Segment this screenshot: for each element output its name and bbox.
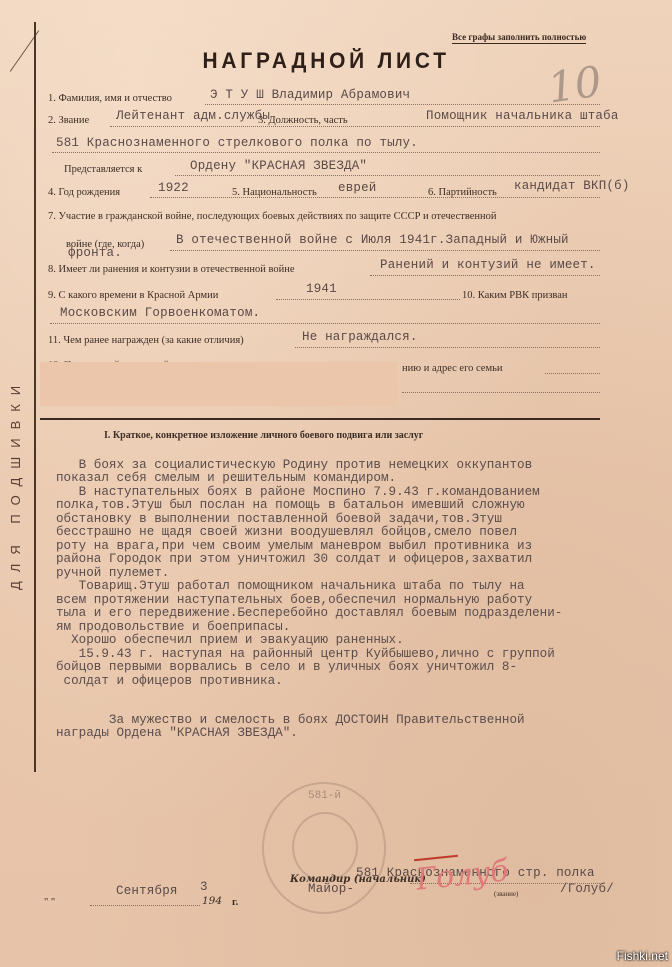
field-8-label: 8. Имеет ли ранения и контузии в отечест… [48, 264, 294, 275]
date-year-suffix: г. [232, 897, 238, 908]
binding-margin-line [34, 22, 36, 772]
narrative-line: роту на врага,при чем своим умелым манев… [56, 540, 562, 554]
redaction-block [40, 362, 397, 406]
field-7-value-continued: фронта. [68, 246, 122, 260]
narrative-line: солдат и офицеров противника. [56, 675, 562, 689]
stamp-emblem [292, 812, 358, 882]
nominated-label: Представляется к [64, 164, 142, 175]
field-2-label: 2. Звание [48, 115, 89, 126]
field-5-value: еврей [338, 181, 377, 195]
date-year: 194 [202, 895, 222, 907]
date-quote: " " [44, 897, 55, 908]
field-12-label-tail: нию и адрес его семьи [402, 363, 503, 374]
site-watermark: Fishki.net [617, 949, 668, 963]
narrative-line: ручной пулемет. [56, 567, 562, 581]
section-title: I. Краткое, конкретное изложение личного… [104, 430, 423, 441]
field-7-value: В отечественной войне с Июля 1941г.Запад… [176, 233, 569, 247]
conclusion-text: За мужество и смелость в боях ДОСТОИН Пр… [56, 700, 525, 754]
conclusion-line: За мужество и смелость в боях ДОСТОИН Пр… [56, 714, 525, 728]
date-day: 3 [200, 880, 208, 894]
date-month: Сентября [116, 884, 178, 898]
field-4-value: 1922 [158, 181, 189, 195]
narrative-line: бойцов первыми ворвались в село и в улич… [56, 661, 562, 675]
field-7-label: 7. Участие в гражданской войне, последую… [48, 211, 497, 222]
field-9-value: 1941 [306, 282, 337, 296]
narrative-text: В боях за социалистическую Родину против… [56, 445, 562, 702]
binding-margin-label: ДЛЯ ПОДШИВКИ [8, 377, 23, 590]
narrative-line: Товарищ.Этуш работал помощником начальни… [56, 580, 562, 594]
commander-rank: Майор- [308, 882, 354, 896]
field-4-label: 4. Год рождения [48, 187, 120, 198]
field-11-value: Не награждался. [302, 330, 418, 344]
section-divider [40, 418, 600, 420]
stamp-text: 581-й [308, 790, 341, 802]
field-6-value: кандидат ВКП(б) [514, 179, 630, 193]
narrative-line: В наступательных боях в районе Моспино 7… [56, 486, 562, 500]
narrative-line: полка,тов.Этуш был послан на помощь в ба… [56, 499, 562, 513]
commander-name: /Голуб/ [560, 882, 614, 896]
field-3-value: Помощник начальника штаба [426, 109, 619, 123]
field-1-value: Э Т У Ш Владимир Абрамович [210, 88, 410, 102]
field-1-label: 1. Фамилия, имя и отчество [48, 93, 172, 104]
narrative-line: тыла и его передвижение.Бесперебойно дос… [56, 607, 562, 621]
nominated-value: Ордену "КРАСНАЯ ЗВЕЗДА" [190, 159, 367, 173]
conclusion-line: награды Ордена "КРАСНАЯ ЗВЕЗДА". [56, 727, 525, 741]
rank-label: (звание) [494, 890, 518, 898]
narrative-line: Хорошо обеспечил прием и эвакуацию ранен… [56, 634, 562, 648]
field-9-label: 9. С какого времени в Красной Армии [48, 290, 218, 301]
field-3-label: 3. Должность, часть [258, 115, 348, 126]
header-note: Все графы заполнить полностью [452, 32, 586, 44]
narrative-line: 15.9.43 г. наступая на районный центр Ку… [56, 648, 562, 662]
narrative-line: бесстрашно не щадя своей жизни воодушевл… [56, 526, 562, 540]
field-10-value: Московским Горвоенкоматом. [60, 306, 260, 320]
narrative-line: В боях за социалистическую Родину против… [56, 459, 562, 473]
narrative-line: показал себя смелым и решительным команд… [56, 472, 562, 486]
narrative-line: обстановку в выполнении поставленной бое… [56, 513, 562, 527]
field-11-label: 11. Чем ранее награжден (за какие отличи… [48, 335, 244, 346]
field-10-label: 10. Каким РВК призван [462, 290, 567, 301]
narrative-line: всем протяжении наступательных боев,обес… [56, 594, 562, 608]
field-2-value: Лейтенант адм.службы [116, 109, 270, 123]
narrative-line: ям продовольствие и боеприпасы. [56, 621, 562, 635]
narrative-line: района Городок при этом уничтожил 30 сол… [56, 553, 562, 567]
field-8-value: Ранений и контузий не имеет. [380, 258, 596, 272]
document-title: НАГРАДНОЙ ЛИСТ [203, 48, 450, 74]
field-3-value-continued: 581 Краснознаменного стрелкового полка п… [56, 136, 418, 150]
